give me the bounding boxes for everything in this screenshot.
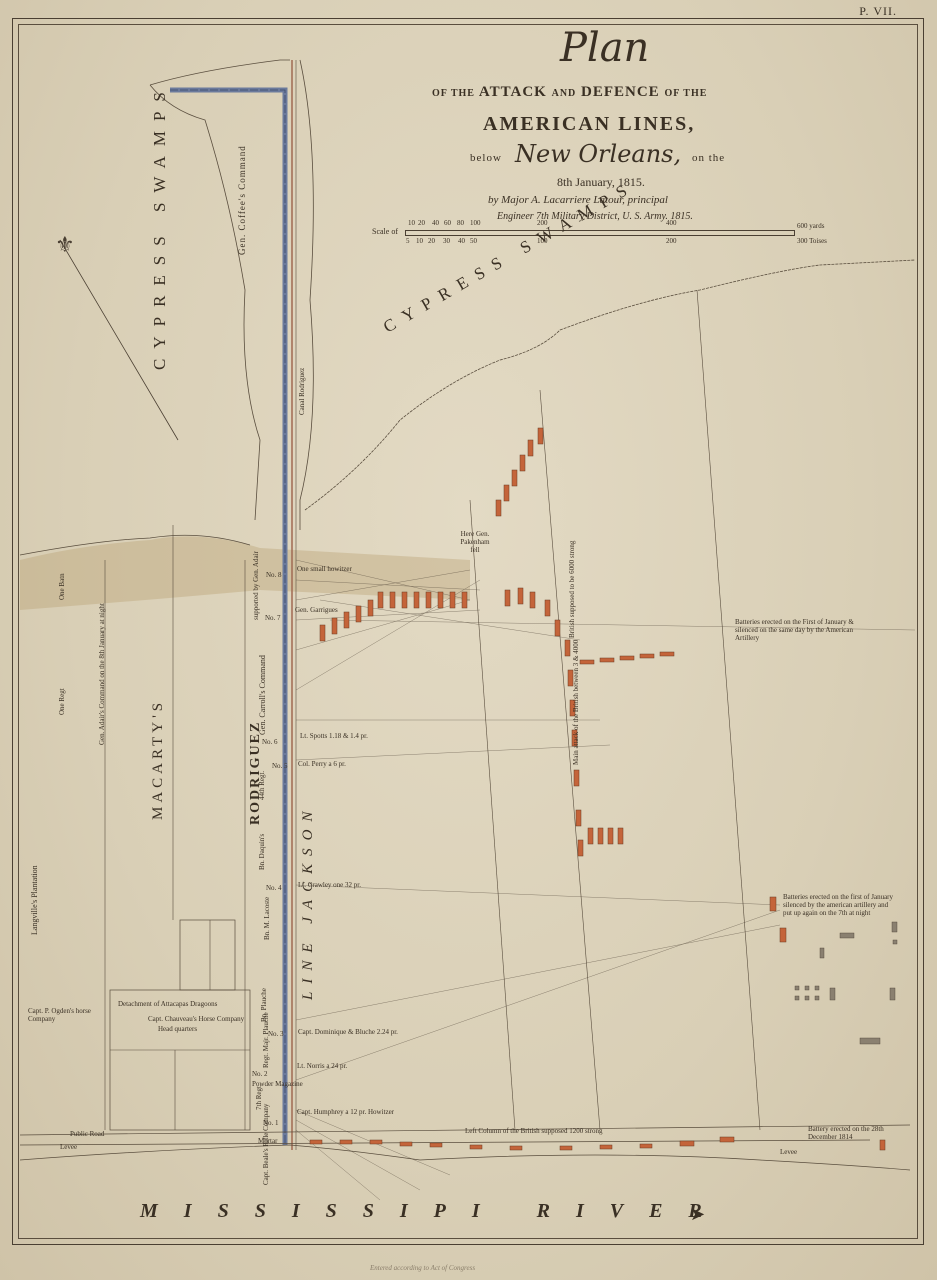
- annotation-pakenham-fell: Here Gen. Pakenham fell: [455, 530, 495, 554]
- annotation-ogden-horse: Capt. P. Ogden's horse Company: [28, 1007, 98, 1023]
- annotation-beale-rifle: Capt. Beale's Rifle Company: [262, 1104, 270, 1185]
- annotation-garrigues: Gen. Garrigues: [295, 606, 338, 614]
- label-public-road: Public Road: [70, 1130, 104, 1138]
- label-levee-right: Levee: [780, 1148, 797, 1156]
- label-line-jackson: LINE JACKSON: [300, 804, 317, 1000]
- label-levee-left: Levee: [60, 1143, 77, 1151]
- annotation-regt-majr-plauche: Regt. Majr. Plauche: [262, 1012, 270, 1068]
- annotation-adair-command: Gen. Adair's Command on the 8th January …: [98, 603, 106, 745]
- annotation-lt-crawley: Lt. Crawley one 32 pr.: [298, 881, 361, 889]
- annotation-lacoste: Bn. M. Lacoste: [263, 897, 271, 940]
- annotation-capt-humphrey: Capt. Humphrey a 12 pr. Howitzer: [297, 1108, 394, 1116]
- river-flow-arrow-icon: ➤: [690, 1204, 705, 1225]
- battery-no-7: No. 7: [265, 614, 281, 622]
- svg-text:⚜: ⚜: [55, 232, 75, 257]
- battery-no-5: No. 5: [272, 762, 288, 770]
- annotation-batteries-jan1: Batteries erected on the First of Januar…: [735, 618, 875, 642]
- annotation-one-batn: One Batn: [58, 573, 66, 600]
- label-macartys: MACARTY'S: [150, 699, 167, 820]
- label-mississippi-river: MISSISSIPI RIVER: [140, 1200, 728, 1223]
- label-cypress-swamps-left: CYPRESS SWAMPS: [150, 82, 170, 370]
- battery-no-3: No. 3: [268, 1030, 284, 1038]
- annotation-british-strength: British supposed to be 6000 strong: [568, 541, 576, 638]
- annotation-supported-by-adair: supported by Gen. Adair: [252, 551, 260, 620]
- battery-no-6: No. 6: [262, 738, 278, 746]
- copyright-footer: Entered according to Act of Congress: [370, 1264, 475, 1272]
- annotation-44th-regt: 44th Regt.: [258, 771, 266, 800]
- annotation-spotts: Lt. Spotts 1.18 & 1.4 pr.: [300, 732, 368, 740]
- annotation-chauveau-horse: Capt. Chauveau's Horse Company: [148, 1015, 244, 1023]
- annotation-dominique-bluche: Capt. Dominique & Bluche 2.24 pr.: [298, 1028, 398, 1036]
- annotation-one-regt: One Regt: [58, 688, 66, 715]
- annotation-powder-magazine: Powder Magazine: [252, 1080, 303, 1088]
- label-canal: Canal Rodriguez: [298, 368, 306, 415]
- label-langlois-plantation: Langville's Plantation: [30, 865, 39, 935]
- annotation-small-howitzer: One small howitzer: [297, 565, 352, 573]
- annotation-coffee-command: Gen. Coffee's Command: [237, 145, 247, 255]
- battery-no-8: No. 8: [266, 571, 282, 579]
- annotation-lt-norris: Lt. Norris a 24 pr.: [297, 1062, 347, 1070]
- battery-no-4: No. 4: [266, 884, 282, 892]
- annotation-batteries-jan7: Batteries erected on the first of Januar…: [783, 893, 898, 917]
- annotation-col-perry: Col. Perry a 6 pr.: [298, 760, 346, 768]
- annotation-attacapas-dragoons: Detachment of Attacapas Dragoons: [118, 1000, 217, 1008]
- annotation-daquin: Bn. Daquin's: [258, 834, 266, 870]
- annotation-head-quarters: Head quarters: [158, 1025, 197, 1033]
- annotation-battery-dec28: Battery erected on the 28th December 181…: [808, 1125, 903, 1141]
- annotation-main-attack: Main attack of the British between 3 & 4…: [572, 640, 580, 765]
- annotation-left-column: Left Column of the British supposed 1200…: [465, 1127, 602, 1135]
- annotation-carroll-command: Gen. Carroll's Command: [258, 655, 267, 735]
- battery-no-2: No. 2: [252, 1070, 268, 1078]
